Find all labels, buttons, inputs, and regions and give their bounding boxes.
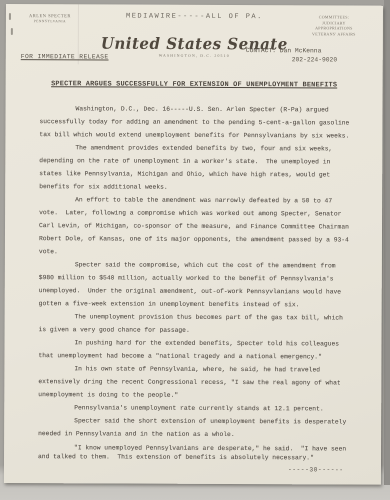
release-line: FOR IMMEDIATE RELEASE bbox=[21, 53, 109, 60]
contact-phone: 202-224-9020 bbox=[292, 55, 337, 64]
paragraph: Washington, D.C., Dec. 16-----U.S. Sen. … bbox=[39, 102, 353, 142]
closing-quote-paragraph: "I know unemployed Pennsylvanians are de… bbox=[38, 444, 352, 462]
senator-state: PENNSYLVANIA bbox=[20, 19, 80, 23]
senator-letterhead-block: ARLEN SPECTER PENNSYLVANIA bbox=[20, 13, 80, 23]
scanner-background-edge bbox=[384, 0, 390, 485]
end-of-release-mark: -----30------ bbox=[288, 463, 352, 476]
contact-name: CONTACT: Dan McKenna bbox=[246, 46, 337, 55]
paragraph: In his own state of Pennsylvania, where,… bbox=[38, 362, 352, 402]
paragraph: Specter said the compromise, which cut t… bbox=[39, 258, 353, 311]
paragraph: An effort to table the amendment was nar… bbox=[39, 193, 353, 259]
paragraph: In pushing hard for the extended benefit… bbox=[38, 336, 352, 363]
paragraph: The amendment provides extended benefits… bbox=[39, 141, 353, 194]
committees-block: COMMITTEES: JUDICIARY APPROPRIATIONS VET… bbox=[299, 14, 369, 36]
body-text: Washington, D.C., Dec. 16-----U.S. Sen. … bbox=[38, 102, 354, 476]
press-release-page: MEDIAWIRE-----ALL OF PA. ARLEN SPECTER P… bbox=[4, 4, 383, 485]
contact-block: CONTACT: Dan McKenna 202-224-9020 bbox=[246, 46, 337, 64]
scanned-press-release: { "letterhead": { "mediawire": "MEDIAWIR… bbox=[0, 0, 390, 500]
paragraph: The unemployment provision thus becomes … bbox=[39, 310, 353, 337]
paragraph: Specter said the short extension of unem… bbox=[38, 414, 352, 441]
headline: SPECTER ARGUES SUCCESSFULLY FOR EXTENSIO… bbox=[6, 80, 383, 90]
senator-name: ARLEN SPECTER bbox=[20, 13, 80, 18]
paragraph: Pennsylvania's unemployment rate current… bbox=[38, 401, 352, 415]
